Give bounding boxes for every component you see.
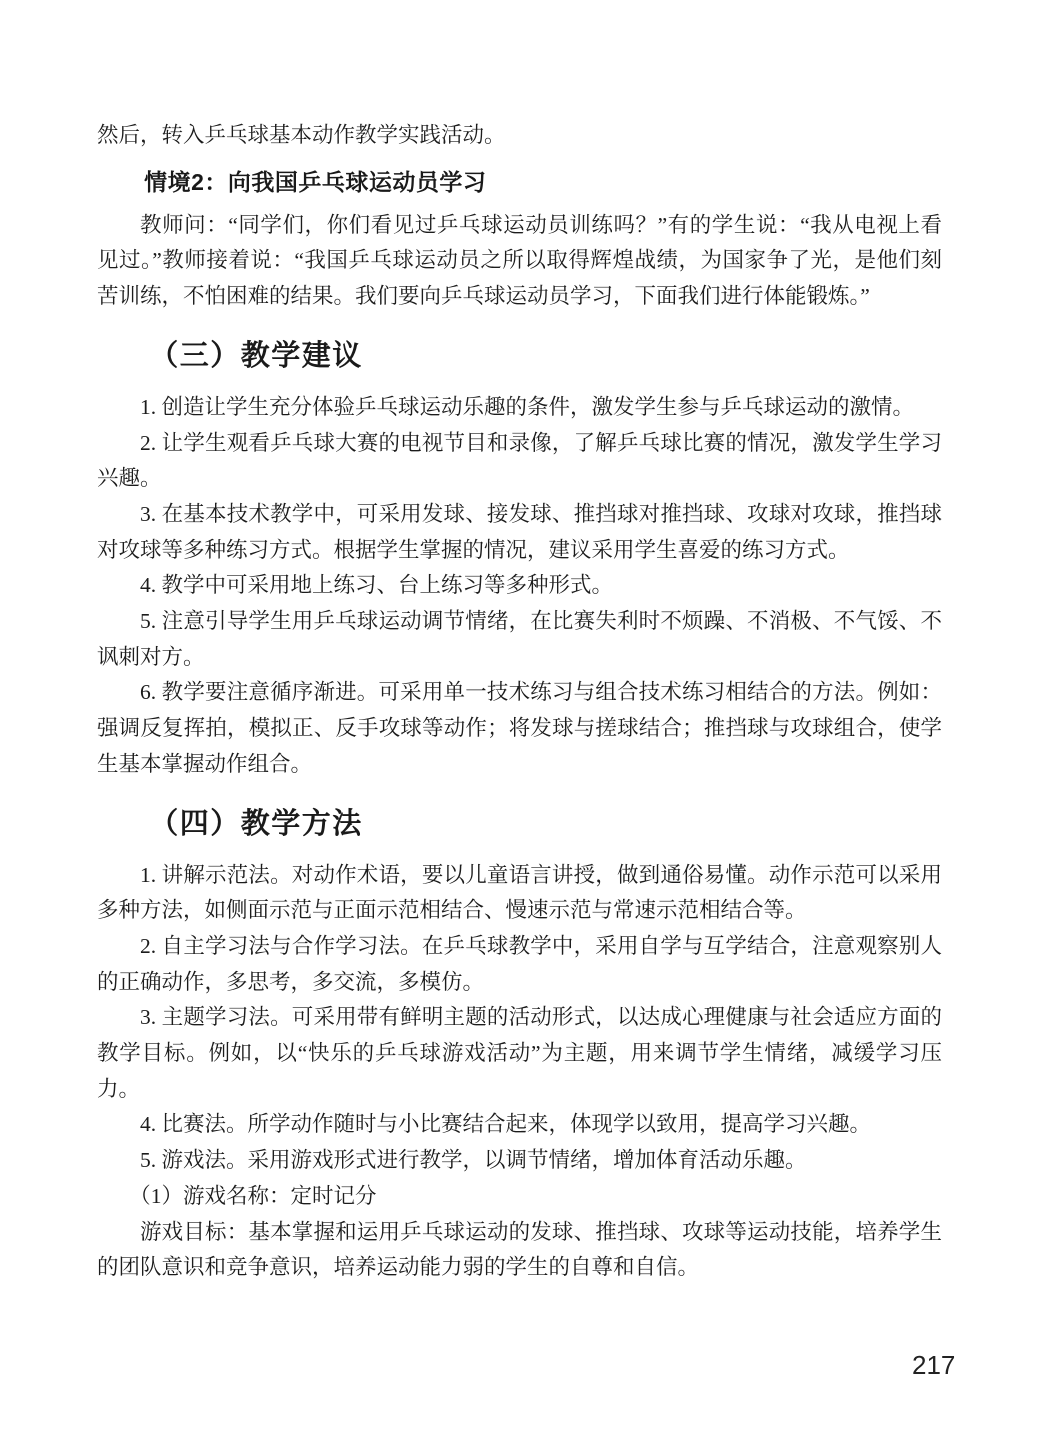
section-heading-teaching-methods: （四）教学方法 [97,803,942,845]
method-item-1: 1. 讲解示范法。对动作术语，要以儿童语言讲授，做到通俗易懂。动作示范可以采用多… [97,858,942,929]
game-goal-paragraph: 游戏目标：基本掌握和运用乒乓球运动的发球、推挡球、攻球等运动技能，培养学生的团队… [97,1215,942,1286]
method-item-3: 3. 主题学习法。可采用带有鲜明主题的活动形式，以达成心理健康与社会适应方面的教… [97,1000,942,1107]
suggestion-item-6: 6. 教学要注意循序渐进。可采用单一技术练习与组合技术练习相结合的方法。例如：强… [97,675,942,782]
leading-paragraph: 然后，转入乒乓球基本动作教学实践活动。 [97,118,942,154]
suggestion-item-5: 5. 注意引导学生用乒乓球运动调节情绪，在比赛失利时不烦躁、不消极、不气馁、不讽… [97,604,942,675]
method-item-5: 5. 游戏法。采用游戏形式进行教学，以调节情绪，增加体育活动乐趣。 [97,1143,942,1179]
game-name-line: （1）游戏名称：定时记分 [97,1179,942,1215]
scenario-2-heading: 情境2：向我国乒乓球运动员学习 [97,165,942,199]
method-item-4: 4. 比赛法。所学动作随时与小比赛结合起来，体现学以致用，提高学习兴趣。 [97,1107,942,1143]
suggestion-item-3: 3. 在基本技术教学中，可采用发球、接发球、推挡球对推挡球、攻球对攻球，推挡球对… [97,497,942,568]
section-heading-teaching-suggestions: （三）教学建议 [97,335,942,377]
suggestion-item-2: 2. 让学生观看乒乓球大赛的电视节目和录像，了解乒乓球比赛的情况，激发学生学习兴… [97,426,942,497]
suggestion-item-1: 1. 创造让学生充分体验乒乓球运动乐趣的条件，激发学生参与乒乓球运动的激情。 [97,390,942,426]
method-item-2: 2. 自主学习法与合作学习法。在乒乓球教学中，采用自学与互学结合，注意观察别人的… [97,929,942,1000]
scenario-2-body-paragraph: 教师问：“同学们，你们看见过乒乓球运动员训练吗？”有的学生说：“我从电视上看见过… [97,208,942,315]
suggestion-item-4: 4. 教学中可采用地上练习、台上练习等多种形式。 [97,568,942,604]
page-number: 217 [912,1350,955,1381]
book-page: 然后，转入乒乓球基本动作教学实践活动。 情境2：向我国乒乓球运动员学习 教师问：… [0,0,1038,1452]
page-content: 然后，转入乒乓球基本动作教学实践活动。 情境2：向我国乒乓球运动员学习 教师问：… [97,118,942,1286]
